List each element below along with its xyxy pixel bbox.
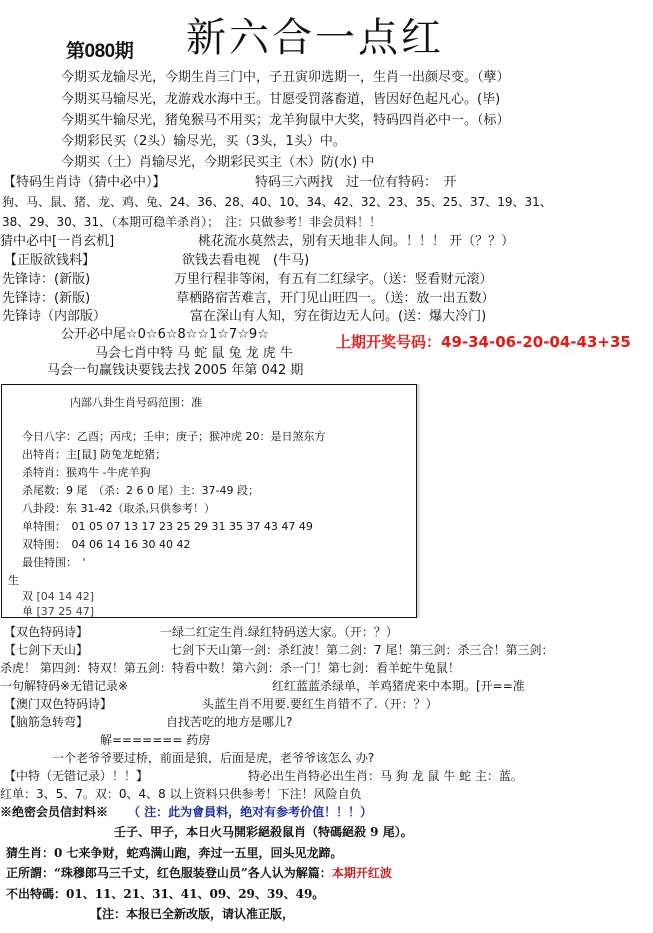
riddle-label: 【脑筋急转弯】 [4, 715, 88, 730]
intro-line: 今期买龙输尽光，今期生肖三门中，子丑寅卯选期一，生肖一出颜尽变。（孽） [61, 70, 510, 86]
pioneer-poem-text: 万里行程非等闲，有五有二红绿字。（送：竖看财元滚） [174, 272, 493, 288]
seven-swords-label: 【七剑下天山】 [4, 643, 88, 658]
issue-number: 第080期 [66, 36, 133, 63]
secret-line3-prefix: 正所謂：“珠穆郎马三千丈，红色服装登山员”各人认为解篇： [6, 866, 332, 880]
pioneer-poem-label: 先锋诗（内部版） [2, 309, 106, 325]
pioneer-poem-label: 先锋诗：(新版) [2, 272, 90, 288]
special-numbers-line: 狗、马、鼠、猪、龙、鸡、兔、24、36、28、40、10、34、42、32、23… [2, 195, 552, 210]
macau-double-text: 头蓝生肖不用要.要红生肖错不了.（开：？） [202, 697, 438, 712]
riddle-story: 一个老爷爷要过桥，前面是狼，后面是虎，老爷爷该怎么 办? [52, 751, 374, 766]
seven-swords-line2: 杀虎！ 第四剑：特双！第五剑：特看中数！第六剑：杀一门！第七剑：看羊蛇牛兔鼠！ [0, 661, 460, 676]
intro-line: 今期彩民买（2头）输尽光，买（3头，1头）中。 [61, 134, 346, 150]
last-draw-label: 上期开奖号码： [336, 333, 441, 351]
zhongte-text: 特必出生肖特必出生肖：马 狗 龙 鼠 牛 蛇 主：蓝。 [248, 769, 523, 784]
last-draw-numbers: 上期开奖号码：49-34-06-20-04-43+35 [336, 331, 631, 352]
dan-value: [37 25 47] [37, 605, 95, 618]
intro-line: 今期买牛输尽光，猪兔猴马不用买；龙羊狗鼠中大奖，特码四肖必中一。（标） [61, 113, 510, 129]
bagua-info-box [1, 384, 417, 618]
intro-line: 今期买（土）肖输尽光，今期彩民买主（木）防(水) 中 [61, 155, 374, 171]
macau-double-label: 【澳门双色特码诗】 [4, 697, 112, 712]
bagua-row: 八卦段：东 31-42（取杀,只供参考！） [22, 502, 215, 516]
bagua-row: 最佳特围： ' [22, 556, 86, 570]
bagua-shuang: 双 [04 14 42] [22, 590, 94, 604]
special-numbers-line: 38、29、30、31、（本期可稳羊杀肖）； 注：只做参考！非会员料！！ [2, 215, 381, 230]
bagua-dan: 单 [37 25 47] [22, 605, 94, 619]
special-poem-label: 【特码生肖诗（猜中必中）】 [3, 175, 166, 191]
bagua-row: 单特围： 01 05 07 13 17 23 25 29 31 35 37 43… [22, 520, 313, 534]
double-color-label: 【双色特码诗】 [4, 625, 88, 640]
dan-label: 单 [22, 605, 33, 618]
riddle-answer: 解======= 药房 [100, 733, 210, 748]
shuang-label: 双 [22, 590, 33, 603]
zhongte-line2: 红单：3、5、7。双：0、4、8 以上资料只供参考！下注！风险自负 [0, 787, 362, 802]
one-phrase-label: 一句解特码※无错记录※ [0, 679, 128, 694]
secret-line3-highlight: 本期开红波 [332, 866, 392, 880]
special-poem-text: 特码三六两找 过一位有特码： 开 [255, 175, 457, 191]
bagua-row: 杀特肖：猴鸡牛 -牛虎羊狗 [22, 466, 150, 480]
secret-line3: 正所謂：“珠穆郎马三千丈，红色服装登山员”各人认为解篇：本期开红波 [6, 866, 392, 881]
tails-line: 公开必中尾☆0☆6☆8☆☆1☆7☆9☆ [61, 327, 269, 343]
intro-line: 今期买马输尽光，龙游戏水海中王。甘愿受罚落畜道，皆因好色起凡心。(毕) [61, 92, 500, 108]
last-draw-value: 49-34-06-20-04-43+35 [441, 333, 631, 351]
pioneer-poem-text: 富在深山有人知，穷在街边无人问。(送：爆大冷门) [190, 309, 486, 325]
zhongte-label: 【中特（无错记录）！！】 [4, 769, 148, 784]
macau-phrase: 马会一句赢钱诀要钱去找 2005 年第 042 期 [47, 363, 303, 379]
macau-seven-zodiac: 马会七肖中特 马 蛇 鼠 兔 龙 虎 牛 [95, 346, 293, 362]
bagua-title: 内部八卦生肖号码范围：准 [70, 396, 202, 410]
riddle-question: 自找苦吃的地方是哪儿? [166, 715, 292, 730]
pioneer-poem-label: 先锋诗：(新版) [2, 291, 90, 307]
one-phrase-text: 红红蓝蓝杀绿单，羊鸡猪虎来中本期。[开==准 [272, 679, 525, 694]
secret-label: ※绝密会员信封料※ [0, 805, 108, 820]
seven-swords-text: 七剑下天山第一剑：杀红波！第二剑：7 尾！第三剑：杀三合！第三剑： [170, 643, 553, 658]
bagua-row: 今日八字：乙酉；丙戌；壬申；庚子；猴冲虎 20：是日煞东方 [22, 430, 326, 444]
guess-text: 桃花流水莫然去，别有天地非人间。！！！ 开（？？） [198, 234, 514, 250]
bagua-row: 出特肖：主[鼠] 防兔龙蛇猪； [22, 448, 166, 462]
footer-note: 【注：本报已全新改版，请认准正版， [90, 907, 294, 922]
bagua-row: 双特围： 04 06 14 16 30 40 42 [22, 538, 190, 552]
double-color-text: 一绿二红定生肖.绿红特码送大家。（开：？） [160, 625, 398, 640]
page-title: 新六合一点红 [186, 14, 444, 62]
money-text: 欲钱去看电视 (牛马) [182, 253, 309, 269]
secret-line1: 壬子、甲子，本日火马開彩絕殺鼠肖（特碼絕殺 9 尾）。 [114, 825, 413, 840]
guess-label: 猜中必中[一肖玄机] [0, 234, 114, 250]
bagua-row: 杀尾数：9 尾 （杀：2 6 0 尾）主：37-49 段； [22, 484, 259, 498]
secret-note: （ 注：此为會員料，绝对有参考价值！！！） [128, 805, 372, 820]
shuang-value: [04 14 42] [37, 590, 95, 603]
secret-line4: 不出特碼：01、11、21、31、41、09、29、39、49。 [6, 887, 324, 902]
bagua-sheng: 生 [8, 574, 19, 588]
money-label: 【正版欲钱料】 [4, 253, 95, 269]
secret-line2: 猜生肖：0 七来争财，蛇鸡满山跑，奔过一五里，回头见龙蹄。 [6, 846, 343, 861]
pioneer-poem-text: 草栖路宿苦难言，开门见山旺四一。（送：放一出五数） [176, 291, 495, 307]
